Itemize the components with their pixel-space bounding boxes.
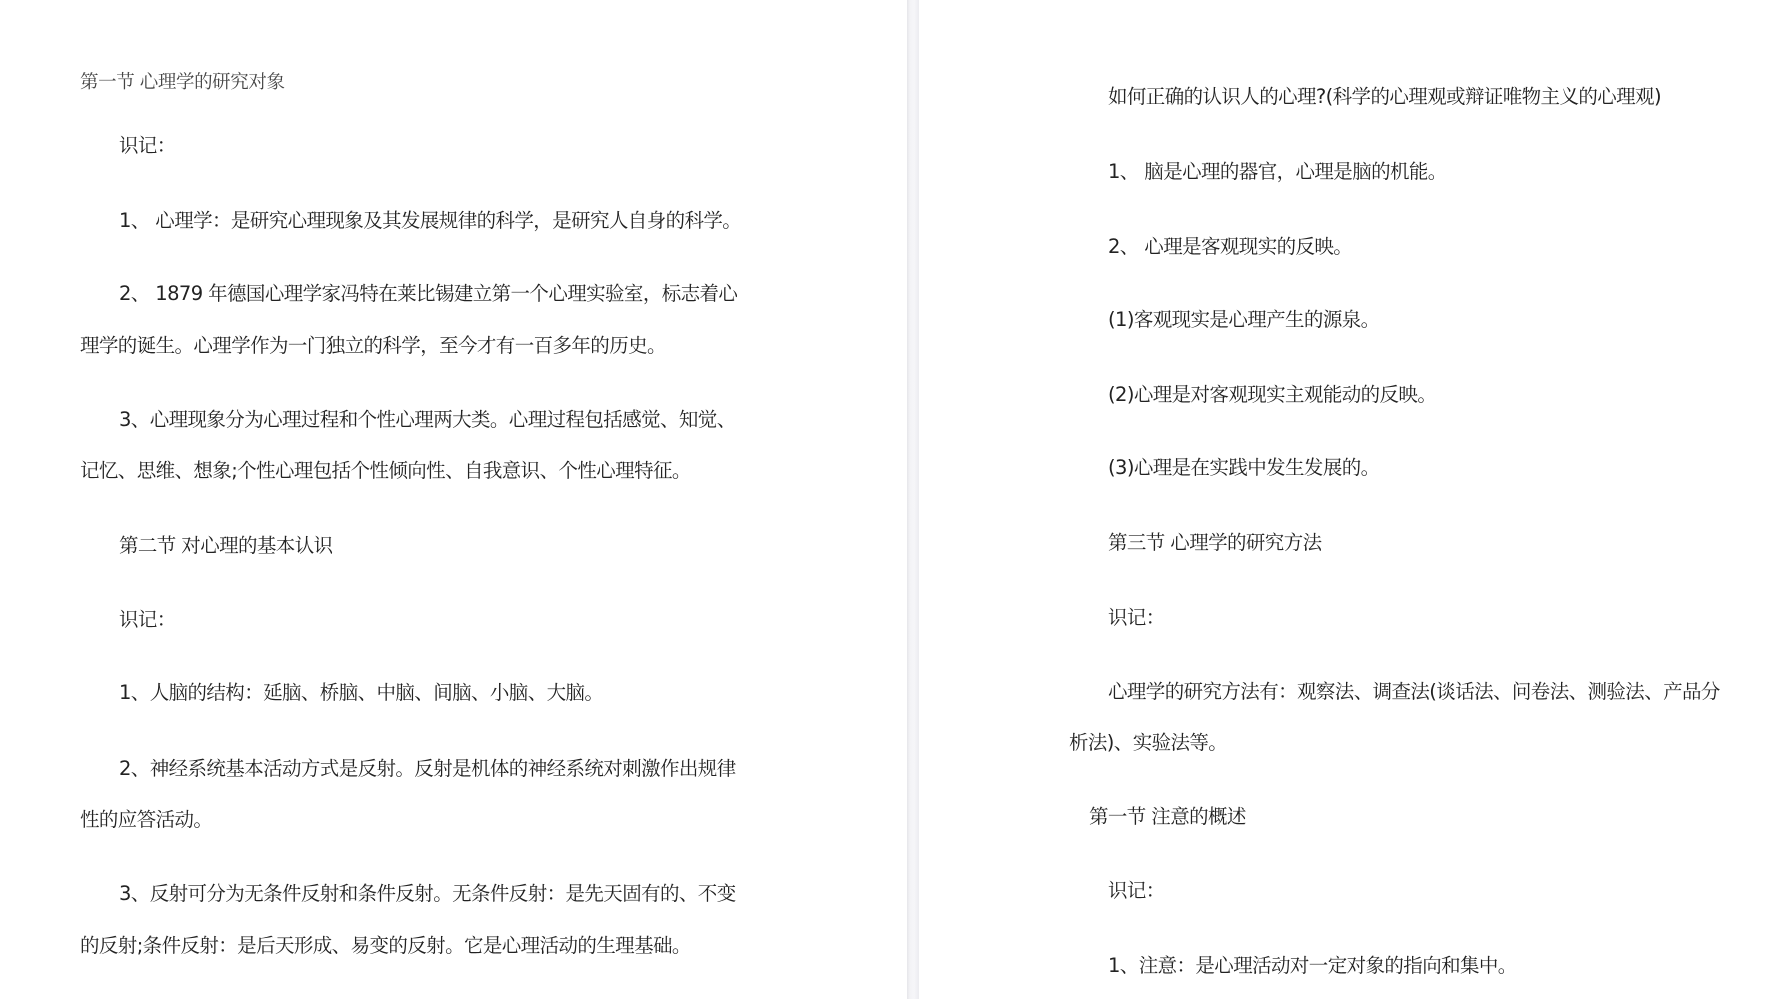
text-line: 1、注意：是心理活动对一定对象的指向和集中。 <box>1108 954 1517 978</box>
text-line: 识记： <box>1108 879 1165 903</box>
text-line: 的反射;条件反射：是后天形成、易变的反射。它是心理活动的生理基础。 <box>80 934 691 958</box>
text-line: 析法)、实验法等。 <box>1069 731 1227 755</box>
text-line: 2、 心理是客观现实的反映。 <box>1108 235 1352 259</box>
text-line: 理学的诞生。心理学作为一门独立的科学，至今才有一百多年的历史。 <box>80 334 666 358</box>
text-line: 识记： <box>119 608 176 632</box>
text-line: 心理学的研究方法有：观察法、调查法(谈话法、问卷法、测验法、产品分 <box>1108 680 1720 704</box>
document-page-right: 如何正确的认识人的心理?(科学的心理观或辩证唯物主义的心理观)1、 脑是心理的器… <box>919 0 1773 999</box>
text-line: 第三节 心理学的研究方法 <box>1108 531 1322 555</box>
text-line: (1)客观现实是心理产生的源泉。 <box>1108 308 1380 332</box>
text-line: 1、人脑的结构：延脑、桥脑、中脑、间脑、小脑、大脑。 <box>119 681 603 705</box>
text-line: 1、 脑是心理的器官，心理是脑的机能。 <box>1108 160 1447 184</box>
document-page-left: 第一节 心理学的研究对象识记：1、 心理学：是研究心理现象及其发展规律的科学，是… <box>0 0 907 999</box>
text-line: 识记： <box>119 134 176 158</box>
page-divider <box>907 0 919 999</box>
text-line: 识记： <box>1108 606 1165 630</box>
text-line: 记忆、思维、想象;个性心理包括个性倾向性、自我意识、个性心理特征。 <box>80 459 691 483</box>
text-line: 3、反射可分为无条件反射和条件反射。无条件反射：是先天固有的、不变 <box>119 882 736 906</box>
text-line: 2、神经系统基本活动方式是反射。反射是机体的神经系统对刺激作出规律 <box>119 757 736 781</box>
text-line: 第二节 对心理的基本认识 <box>119 534 333 558</box>
text-line: 1、 心理学：是研究心理现象及其发展规律的科学，是研究人自身的科学。 <box>119 209 741 233</box>
section-heading: 第一节 心理学的研究对象 <box>80 71 285 95</box>
text-line: (3)心理是在实践中发生发展的。 <box>1108 456 1380 480</box>
text-line: 如何正确的认识人的心理?(科学的心理观或辩证唯物主义的心理观) <box>1108 85 1661 109</box>
text-line: 性的应答活动。 <box>80 808 212 832</box>
text-line: 第一节 注意的概述 <box>1089 805 1246 829</box>
text-line: (2)心理是对客观现实主观能动的反映。 <box>1108 383 1436 407</box>
text-line: 2、 1879 年德国心理学家冯特在莱比锡建立第一个心理实验室，标志着心 <box>119 282 737 306</box>
text-line: 3、心理现象分为心理过程和个性心理两大类。心理过程包括感觉、知觉、 <box>119 408 736 432</box>
